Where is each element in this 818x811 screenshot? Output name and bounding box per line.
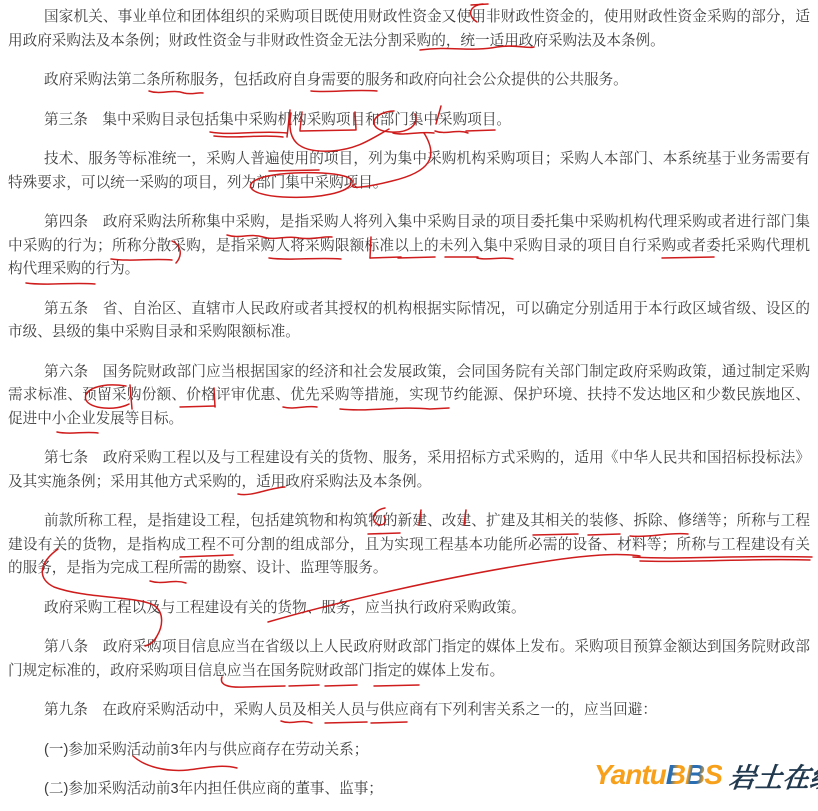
- document-page: 国家机关、事业单位和团体组织的采购项目既使用财政性资金又使用非财政性资金的，使用…: [0, 0, 818, 811]
- logo-text-yantu: Yantu: [594, 759, 666, 791]
- logo-text-bbs: BBS: [666, 759, 722, 791]
- document-body: 国家机关、事业单位和团体组织的采购项目既使用财政性资金又使用非财政性资金的，使用…: [0, 0, 818, 811]
- paragraph-8-article-7: 第七条 政府采购工程以及与工程建设有关的货物、服务，采用招标方式采购的，适用《中…: [8, 447, 810, 494]
- paragraph-12-article-9: 第九条 在政府采购活动中，采购人员及相关人员与供应商有下列利害关系之一的，应当回…: [8, 699, 810, 723]
- paragraph-6-article-5: 第五条 省、自治区、直辖市人民政府或者其授权的机构根据实际情况，可以确定分别适用…: [8, 298, 810, 345]
- paragraph-4: 技术、服务等标准统一，采购人普遍使用的项目，列为集中采购机构采购项目；采购人本部…: [8, 148, 810, 195]
- paragraph-9: 前款所称工程，是指建设工程，包括建筑物和构筑物的新建、改建、扩建及其相关的装修、…: [8, 510, 810, 581]
- paragraph-2: 政府采购法第二条所称服务，包括政府自身需要的服务和政府向社会公众提供的公共服务。: [8, 69, 810, 93]
- logo-text-chinese: 岩土在线: [727, 756, 818, 795]
- paragraph-11-article-8: 第八条 政府采购项目信息应当在省级以上人民政府财政部门指定的媒体上发布。采购项目…: [8, 636, 810, 683]
- paragraph-5-article-4: 第四条 政府采购法所称集中采购，是指采购人将列入集中采购目录的项目委托集中采购机…: [8, 211, 810, 282]
- paragraph-1: 国家机关、事业单位和团体组织的采购项目既使用财政性资金又使用非财政性资金的，使用…: [8, 6, 810, 53]
- paragraph-7-article-6: 第六条 国务院财政部门应当根据国家的经济和社会发展政策，会同国务院有关部门制定政…: [8, 361, 810, 432]
- paragraph-3-article-3: 第三条 集中采购目录包括集中采购机构采购项目和部门集中采购项目。: [8, 109, 810, 133]
- paragraph-10: 政府采购工程以及与工程建设有关的货物、服务，应当执行政府采购政策。: [8, 597, 810, 621]
- watermark-logo: YantuBBS 岩土在线: [594, 755, 818, 795]
